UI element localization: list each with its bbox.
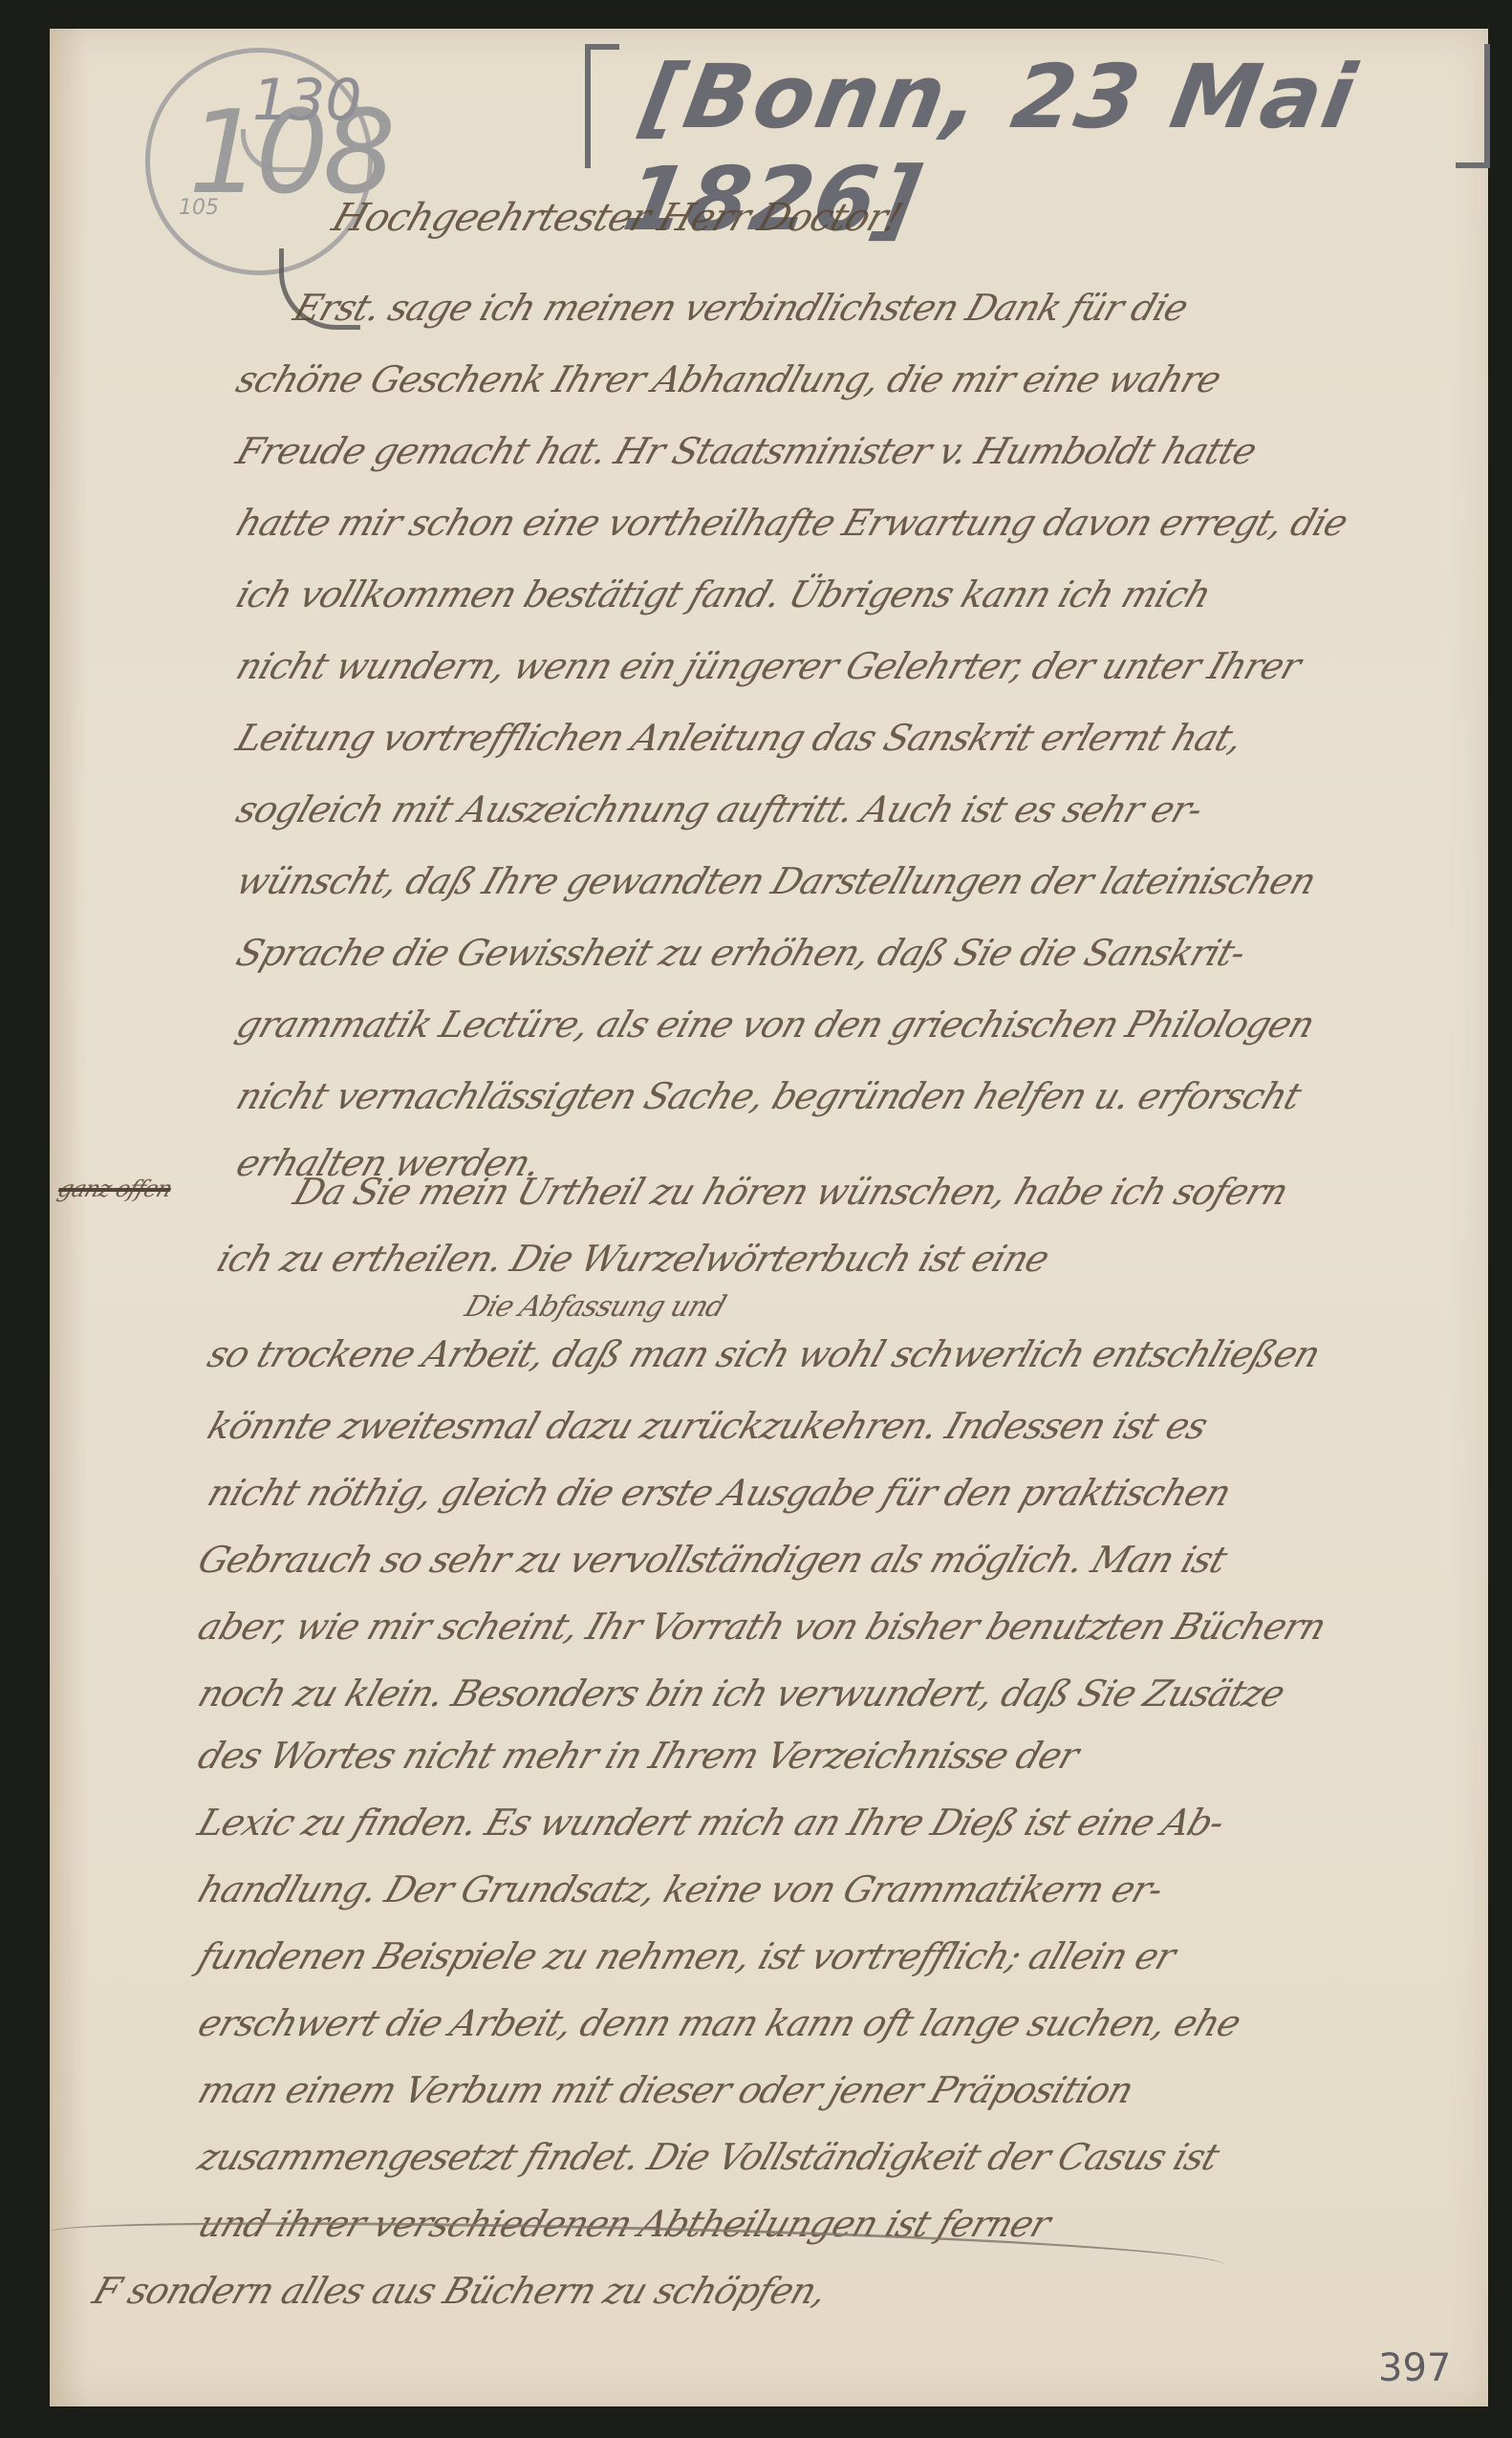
body-line: fundenen Beispiele zu nehmen, ist vortre… <box>193 1935 1180 1977</box>
body-line: könnte zweitesmal dazu zurückzukehren. I… <box>203 1405 1212 1447</box>
body-line: Leitung vortrefflichen Anleitung das San… <box>231 717 1247 759</box>
body-line: Sprache die Gewissheit zu erhöhen, daß S… <box>231 932 1250 974</box>
body-line: nicht vernachlässigten Sache, begründen … <box>231 1075 1306 1117</box>
body-line: ich vollkommen bestätigt fand. Übrigens … <box>231 573 1216 615</box>
body-line: sogleich mit Auszeichnung auftritt. Auch… <box>231 788 1207 831</box>
footnote: F sondern alles aus Büchern zu schöpfen, <box>88 2270 832 2312</box>
body-line: aber, wie mir scheint, Ihr Vorrath von b… <box>193 1606 1330 1648</box>
body-line: Erst. sage ich meinen verbindlichsten Da… <box>289 287 1193 329</box>
body-line: Lexic zu finden. Es wundert mich an Ihre… <box>193 1802 1229 1844</box>
folio-number: 397 <box>1378 2346 1451 2390</box>
body-line: des Wortes nicht mehr in Ihrem Verzeichn… <box>193 1735 1084 1777</box>
body-line: schöne Geschenk Ihrer Abhandlung, die mi… <box>231 358 1226 400</box>
body-line: ich zu ertheilen. Die Wurzelwörterbuch i… <box>212 1238 1054 1280</box>
body-line: grammatik Lectüre, als eine von den grie… <box>231 1003 1319 1046</box>
body-line: nicht nöthig, gleich die erste Ausgabe f… <box>203 1472 1236 1514</box>
body-line: man einem Verbum mit dieser oder jener P… <box>193 2069 1138 2111</box>
body-line: zusammengesetzt findet. Die Vollständigk… <box>193 2136 1224 2178</box>
body-line: hatte mir schon eine vortheilhafte Erwar… <box>231 502 1352 544</box>
salutation: Hochgeehrtester Herr Doctor! <box>327 196 907 240</box>
body-line: handlung. Der Grundsatz, keine von Gramm… <box>193 1868 1168 1910</box>
pencil-number-130: 130 <box>252 67 362 134</box>
body-line: Gebrauch so sehr zu vervollständigen als… <box>193 1539 1232 1581</box>
body-line: noch zu klein. Besonders bin ich verwund… <box>193 1672 1289 1715</box>
margin-note: ganz offen <box>54 1176 175 1202</box>
body-line: Da Sie mein Urtheil zu hören wünschen, h… <box>289 1171 1293 1213</box>
letter-page: 108 105 130 [Bonn, 23 Mai 1826] Hochgeeh… <box>50 29 1488 2406</box>
body-line: Freude gemacht hat. Hr Staatsminister v.… <box>231 430 1262 472</box>
body-line: wünscht, daß Ihre gewandten Darstellunge… <box>231 860 1321 902</box>
interlinear-insert: Die Abfassung und <box>461 1290 729 1324</box>
body-line: nicht wundern, wenn ein jüngerer Gelehrt… <box>231 645 1306 687</box>
body-line: so trockene Arbeit, daß man sich wohl sc… <box>203 1333 1325 1375</box>
body-line: erschwert die Arbeit, denn man kann oft … <box>193 2002 1245 2044</box>
archive-sub-number: 105 <box>179 196 219 220</box>
